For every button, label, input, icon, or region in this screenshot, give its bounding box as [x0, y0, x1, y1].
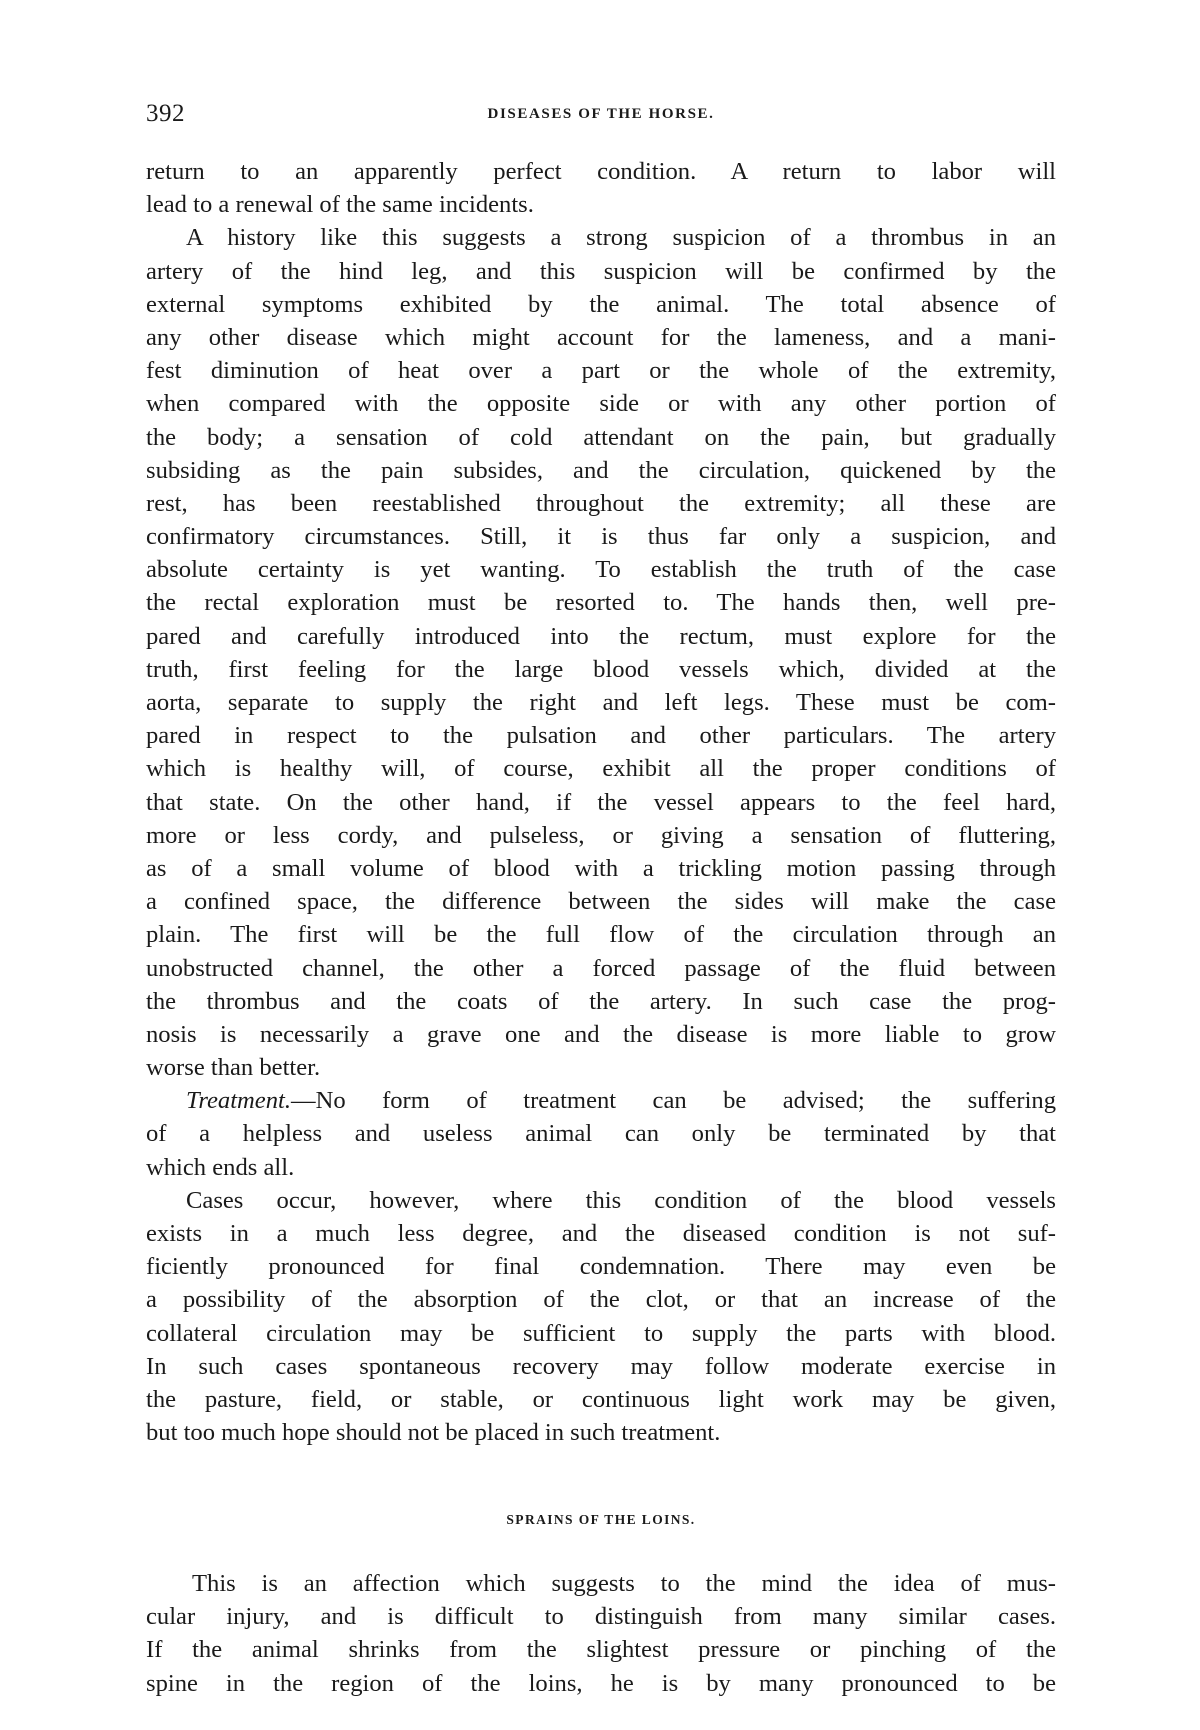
main-text: return to an apparently perfect conditio…: [146, 155, 1056, 1449]
text-line: the thrombus and the coats of the artery…: [146, 985, 1056, 1018]
text-line: of a helpless and useless animal can onl…: [146, 1117, 1056, 1150]
paragraph-treatment: Treatment.—No form of treatment can be a…: [146, 1084, 1056, 1184]
text-line: more or less cordy, and pulseless, or gi…: [146, 819, 1056, 852]
text-line: collateral circulation may be sufficient…: [146, 1317, 1056, 1350]
text-line: If the animal shrinks from the slightest…: [146, 1633, 1056, 1666]
paragraph-mild-cases: Cases occur, however, where this conditi…: [146, 1184, 1056, 1450]
text-line: subsiding as the pain subsides, and the …: [146, 454, 1056, 487]
text-line: truth, first feeling for the large blood…: [146, 653, 1056, 686]
text-line: pared in respect to the pulsation and ot…: [146, 719, 1056, 752]
text-line: as of a small volume of blood with a tri…: [146, 852, 1056, 885]
text-line: but too much hope should not be placed i…: [146, 1416, 1056, 1449]
text-line: any other disease which might account fo…: [146, 321, 1056, 354]
text-line: A history like this suggests a strong su…: [146, 221, 1056, 254]
text-line: the rectal exploration must be resorted …: [146, 586, 1056, 619]
text-line: which is healthy will, of course, exhibi…: [146, 752, 1056, 785]
text-line: unobstructed channel, the other a forced…: [146, 952, 1056, 985]
text-line: return to an apparently perfect conditio…: [146, 155, 1056, 188]
section-heading: SPRAINS OF THE LOINS.: [146, 1512, 1056, 1528]
text-line: fest diminution of heat over a part or t…: [146, 354, 1056, 387]
text-line: ficiently pronounced for final condemnat…: [146, 1250, 1056, 1283]
treatment-label: Treatment.: [186, 1087, 291, 1114]
text-line: a confined space, the difference between…: [146, 885, 1056, 918]
text-line: external symptoms exhibited by the anima…: [146, 288, 1056, 321]
text-line: aorta, separate to supply the right and …: [146, 686, 1056, 719]
text-line: Treatment.—No form of treatment can be a…: [146, 1084, 1056, 1117]
book-page: 392 DISEASES OF THE HORSE. return to an …: [0, 0, 1200, 1730]
text-line: when compared with the opposite side or …: [146, 387, 1056, 420]
text-line: plain. The first will be the full flow o…: [146, 918, 1056, 951]
text-line: artery of the hind leg, and this suspici…: [146, 255, 1056, 288]
text-line: nosis is necessarily a grave one and the…: [146, 1018, 1056, 1051]
paragraph-continuation: return to an apparently perfect conditio…: [146, 155, 1056, 221]
text-line: which ends all.: [146, 1151, 1056, 1184]
text-line: exists in a much less degree, and the di…: [146, 1217, 1056, 1250]
text-line: spine in the region of the loins, he is …: [146, 1667, 1056, 1700]
text-line: lead to a renewal of the same incidents.: [146, 188, 1056, 221]
page-header: 392 DISEASES OF THE HORSE.: [146, 100, 1056, 132]
running-head: DISEASES OF THE HORSE.: [146, 106, 1056, 123]
text-line: rest, has been reestablished throughout …: [146, 487, 1056, 520]
text-line: a possibility of the absorption of the c…: [146, 1283, 1056, 1316]
text-line: the body; a sensation of cold attendant …: [146, 421, 1056, 454]
text-line: that state. On the other hand, if the ve…: [146, 786, 1056, 819]
text-line: absolute certainty is yet wanting. To es…: [146, 553, 1056, 586]
text-line: Cases occur, however, where this conditi…: [146, 1184, 1056, 1217]
text-line: In such cases spontaneous recovery may f…: [146, 1350, 1056, 1383]
text-line: pared and carefully introduced into the …: [146, 620, 1056, 653]
text-span: —No form of treatment can be advised; th…: [291, 1087, 1056, 1114]
text-line: the pasture, field, or stable, or contin…: [146, 1383, 1056, 1416]
text-line: confirmatory circumstances. Still, it is…: [146, 520, 1056, 553]
text-line: worse than better.: [146, 1051, 1056, 1084]
paragraph-thrombus-history: A history like this suggests a strong su…: [146, 221, 1056, 1084]
text-line: cular injury, and is difficult to distin…: [146, 1600, 1056, 1633]
section-text: This is an affection which suggests to t…: [146, 1567, 1056, 1700]
text-line: This is an affection which suggests to t…: [146, 1567, 1056, 1600]
